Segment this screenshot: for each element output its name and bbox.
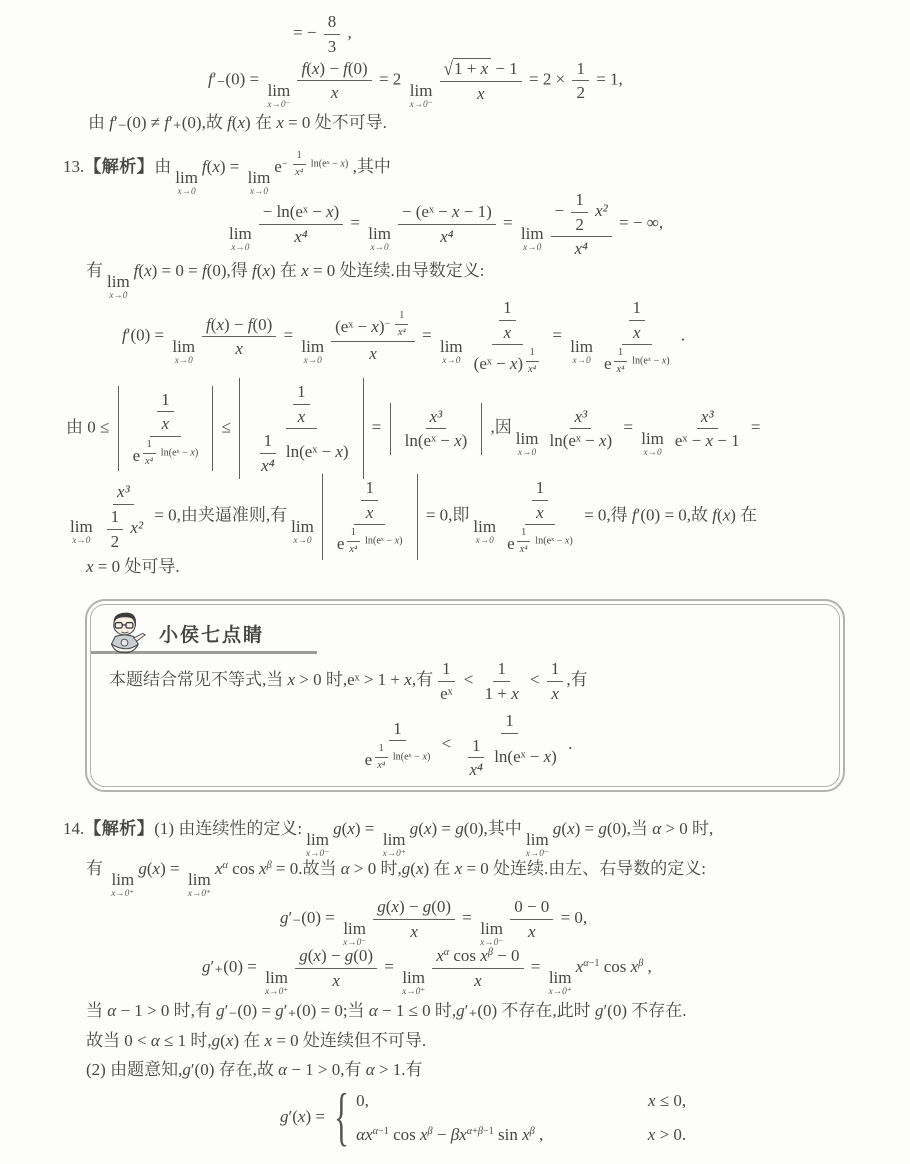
text-run: cos: [599, 957, 630, 976]
fraction: 1x: [293, 382, 310, 426]
text-run: = −: [293, 23, 321, 42]
fraction-denominator: x⁴: [345, 542, 361, 556]
text-run: ) 在: [245, 113, 276, 132]
limit: limx→0⁺: [265, 969, 288, 997]
math-variable: x⁴: [294, 227, 307, 246]
text-run: <: [526, 670, 544, 689]
bold-label: 【解析】: [84, 819, 154, 838]
text-run: ) =: [355, 819, 379, 838]
text-run: 1: [351, 527, 356, 538]
text-run: 0 − 0: [514, 897, 549, 916]
limit-word: lim: [402, 969, 425, 986]
limit-subscript: x→0⁺: [549, 988, 572, 997]
limit: limx→0⁺: [188, 871, 211, 899]
fraction-numerator: √1 + x − 1: [440, 58, 522, 82]
absolute-value-bars: 1xe1x⁴ ln(eˣ − x): [322, 474, 418, 560]
math-variable: x: [331, 83, 339, 102]
fraction-numerator: 1: [293, 150, 306, 165]
fraction-numerator: 1: [501, 711, 518, 734]
limit-word: lim: [480, 920, 503, 937]
case-expression: αxα−1 cos xβ − βxα+β−1 sin xβ ,: [356, 1124, 543, 1146]
math-variable: x: [648, 1091, 656, 1110]
text-run: 1: [161, 390, 170, 409]
text-run: ) 在: [270, 261, 301, 280]
limit-subscript: x→0: [175, 357, 193, 366]
superscript: 1x⁴: [523, 347, 541, 375]
fraction: 11 + x: [481, 659, 523, 703]
text-run: ln(eˣ −: [490, 747, 544, 766]
limit: limx→0: [570, 338, 593, 366]
fraction-numerator: xα cos xβ − 0: [432, 946, 523, 969]
limit-word: lim: [440, 338, 463, 355]
fraction: 1x⁴: [394, 310, 410, 338]
math-variable: x: [420, 1125, 428, 1144]
superscript: α+β−1: [467, 1127, 494, 1137]
math-variable: x: [369, 344, 377, 363]
limit-subscript: x→0: [523, 244, 541, 253]
fraction: 12: [572, 59, 589, 103]
text-run: ln(eˣ −: [405, 431, 454, 450]
bold-label: 【解析】: [84, 157, 154, 176]
fraction-denominator: 12 x²: [100, 505, 147, 551]
text-run: ): [606, 431, 612, 450]
limit-word: lim: [383, 831, 406, 848]
limit-word: lim: [368, 225, 391, 242]
line-item13-squeeze-setup: 由 0 ≤ 1xe1x⁴ ln(eˣ − x) ≤ 1x1x⁴ ln(eˣ − …: [66, 378, 760, 479]
text-run: − ln(eˣ −: [263, 202, 326, 221]
line-item13-derivative-definition: f′(0) = limx→0f(x) − f(0)x = limx→0(eˣ −…: [122, 298, 685, 376]
line-eq-neg-8-3: = − 83 ,: [293, 12, 352, 56]
document-page: = − 83 , f′₋(0) = limx→0⁻f(x) − f(0)x = …: [0, 0, 910, 1164]
fraction-denominator: eˣ: [436, 682, 456, 704]
fraction-denominator: x⁴: [141, 454, 157, 468]
limit: limx→0⁺: [383, 831, 406, 859]
case-condition: x > 0.: [648, 1124, 686, 1146]
limit-word: lim: [111, 871, 134, 888]
fraction-numerator: 1: [293, 382, 310, 405]
text-run: (0): [252, 315, 272, 334]
fraction-denominator: x: [524, 920, 540, 942]
line-item14-gprime-piecewise: g′(x) = {0,x ≤ 0,αxα−1 cos xβ − βxα+β−1 …: [280, 1090, 686, 1146]
text-run: > 0.: [655, 1125, 686, 1144]
math-variable: x: [326, 202, 334, 221]
tip-box-inner-border: 小侯七点睛 本题结合常见不等式,当 x > 0 时,eˣ > 1 + x,有1e…: [90, 604, 840, 787]
fraction: 1x1x⁴ ln(eˣ − x): [250, 382, 352, 475]
limit-word: lim: [172, 338, 195, 355]
text-run: −: [433, 1125, 451, 1144]
math-variable: x: [301, 261, 309, 280]
fraction: − ln(eˣ − x)x⁴: [259, 202, 344, 246]
math-variable: x⁴: [574, 239, 587, 258]
limit: limx→0: [641, 430, 664, 458]
text-run: ,有: [412, 670, 433, 689]
text-run: 1: [521, 527, 526, 538]
text-run: = 0,: [556, 908, 587, 927]
text-run: 由: [154, 157, 171, 176]
fraction-numerator: 1: [157, 390, 174, 413]
text-run: =: [548, 326, 566, 345]
limit: limx→0⁻: [343, 920, 366, 948]
text-run: ln(eˣ −: [630, 356, 662, 367]
fraction-denominator: x⁴: [436, 225, 457, 247]
text-run: > 0 时,: [661, 819, 713, 838]
text-run: ≤ 0,: [656, 1091, 687, 1110]
math-variable: g: [212, 1031, 221, 1050]
fraction-denominator: x⁴: [465, 758, 486, 780]
fraction-denominator: x⁴: [524, 362, 540, 376]
math-variable: x⁴: [261, 456, 274, 475]
fraction-denominator: x: [532, 501, 548, 523]
fraction: 0 − 0x: [510, 897, 553, 941]
fraction: 1x: [361, 478, 378, 522]
limit-subscript: x→0: [231, 244, 249, 253]
math-variable: g: [216, 1001, 225, 1020]
piecewise-cases: {0,x ≤ 0,αxα−1 cos xβ − βxα+β−1 sin xβ ,…: [329, 1090, 686, 1146]
line-item14-continuity: 有 limx→0⁺g(x) = limx→0⁺xα cos xβ = 0.故当 …: [86, 858, 706, 899]
cases-row: 0,x ≤ 0,: [356, 1090, 686, 1112]
case-condition: x ≤ 0,: [648, 1090, 686, 1112]
fraction: 1x⁴: [516, 527, 532, 555]
text-run: ): [666, 356, 669, 367]
text-run: ≤ 1 时,: [160, 1031, 212, 1050]
limit-word: lim: [306, 831, 329, 848]
fraction-numerator: 1: [493, 659, 510, 682]
fraction-numerator: (eˣ − x)− 1x⁴: [331, 310, 415, 341]
limit-word: lim: [291, 518, 314, 535]
fraction-numerator: f(x) − f(0): [297, 59, 371, 82]
fraction-denominator: x: [473, 82, 489, 104]
fraction-denominator: (eˣ − x)1x⁴: [470, 345, 546, 375]
math-variable: x⁴: [349, 544, 357, 555]
text-run: ,有: [566, 670, 587, 689]
math-variable: x³: [574, 407, 587, 426]
math-variable: x: [313, 946, 321, 965]
text-run: (0): [431, 897, 451, 916]
line-item14-part2-intro: (2) 由题意知,g′(0) 存在,故 α − 1 > 0,有 α > 1.有: [86, 1059, 423, 1081]
text-run: e: [604, 354, 612, 373]
math-variable: x⁴: [145, 456, 153, 467]
fraction-numerator: 1: [468, 736, 485, 759]
math-variable: x: [528, 922, 536, 941]
superscript: 1x⁴ ln(eˣ − x): [344, 527, 402, 555]
superscript: 1x⁴ ln(eˣ − x): [611, 347, 669, 375]
limit: limx→0: [473, 518, 496, 546]
math-variable: g: [275, 1001, 284, 1020]
text-run: ): [427, 752, 430, 763]
text-run: (2) 由题意知,: [86, 1060, 182, 1079]
math-variable: x: [551, 684, 559, 703]
limit-subscript: x→0: [643, 449, 661, 458]
fraction: x³eˣ − x − 1: [671, 407, 744, 451]
math-variable: x: [215, 859, 223, 878]
limit-subscript: x→0: [178, 188, 196, 197]
text-run: ln(eˣ −: [533, 536, 565, 547]
limit-word: lim: [70, 518, 93, 535]
fraction-numerator: 8: [324, 12, 341, 35]
line-item13-continuity: 有limx→0f(x) = 0 = f(0),得 f(x) 在 x = 0 处连…: [86, 260, 485, 301]
text-run: 3: [328, 37, 337, 56]
math-variable: x: [366, 503, 374, 522]
fraction: 1x: [629, 298, 646, 342]
superscript: 1x⁴ ln(eˣ − x): [372, 743, 430, 771]
text-run: 1: [618, 347, 623, 358]
text-run: ) =: [160, 859, 184, 878]
fraction-denominator: 2: [107, 530, 124, 552]
limit-word: lim: [248, 169, 271, 186]
text-run: ′₊(0) 不存在,此时: [465, 1001, 595, 1020]
limit: limx→0: [368, 225, 391, 253]
text-run: − (eˣ −: [402, 202, 452, 221]
math-variable: x: [347, 819, 355, 838]
line-nondifferentiable-conclusion: 由 f′₋(0) ≠ f′₊(0),故 f(x) 在 x = 0 处不可导.: [88, 112, 387, 134]
absolute-value-bars: 1x1x⁴ ln(eˣ − x): [239, 378, 363, 479]
fraction-denominator: x: [328, 969, 344, 991]
fraction-numerator: 1: [375, 743, 388, 758]
fraction-denominator: x: [547, 682, 563, 704]
line-f-minus-derivative: f′₋(0) = limx→0⁻f(x) − f(0)x = 2 limx→0⁻…: [208, 58, 623, 110]
fraction-numerator: 1: [532, 478, 549, 501]
cases-row: αxα−1 cos xβ − βxα+β−1 sin xβ ,x > 0.: [356, 1124, 686, 1146]
math-variable: αx: [356, 1125, 372, 1144]
limit: limx→0⁻: [526, 831, 549, 859]
math-variable: x⁴: [528, 364, 536, 375]
fraction-denominator: e1x⁴ ln(eˣ − x): [600, 345, 674, 375]
text-run: ′₋(0) =: [225, 1001, 276, 1020]
text-run: ′(: [289, 1107, 298, 1126]
math-variable: x: [298, 407, 306, 426]
text-run: 1: [264, 431, 273, 450]
math-variable: α: [369, 1001, 378, 1020]
math-variable: x: [162, 414, 170, 433]
text-run: 当: [86, 1001, 107, 1020]
text-run: 1 +: [454, 59, 481, 78]
text-run: =: [418, 326, 436, 345]
fraction-numerator: 1: [438, 659, 455, 682]
superscript: 1x⁴ ln(eˣ − x): [515, 527, 573, 555]
math-variable: x: [153, 859, 161, 878]
text-run: (0),当: [607, 819, 652, 838]
math-variable: x: [504, 323, 512, 342]
text-run: 有: [86, 261, 103, 280]
fraction-denominator: x⁴: [516, 542, 532, 556]
fraction-denominator: 3: [324, 35, 341, 57]
fraction-denominator: e1x⁴ ln(eˣ − x): [503, 525, 577, 555]
fraction: x³ln(eˣ − x): [545, 407, 616, 451]
fraction: 1xe1x⁴ ln(eˣ − x): [503, 478, 577, 556]
text-run: .: [564, 734, 573, 753]
text-run: ) −: [399, 897, 423, 916]
fraction: 1xe1x⁴ ln(eˣ − x): [333, 478, 407, 556]
fraction-numerator: − (eˣ − x − 1): [398, 202, 496, 225]
text-run: 1: [442, 659, 451, 678]
fraction: xα cos xβ − 0x: [432, 946, 523, 990]
fraction-denominator: x: [629, 321, 645, 343]
math-variable: x: [481, 59, 489, 78]
text-run: e: [365, 751, 373, 770]
text-run: 1: [297, 382, 306, 401]
fraction-numerator: 0 − 0: [510, 897, 553, 920]
tip-inequality-line: 本题结合常见不等式,当 x > 0 时,eˣ > 1 + x,有1eˣ < 11…: [109, 659, 588, 703]
math-variable: x: [454, 431, 462, 450]
fraction-numerator: 1: [260, 431, 277, 454]
tip-box-title: 小侯七点睛: [159, 620, 264, 647]
limit-subscript: x→0: [304, 357, 322, 366]
text-run: ) =: [575, 819, 599, 838]
text-run: − 1): [460, 202, 492, 221]
math-variable: x: [288, 670, 296, 689]
math-variable: βx: [451, 1125, 467, 1144]
math-variable: x: [276, 113, 284, 132]
text-run: =: [458, 908, 476, 927]
text-run: 1 +: [485, 684, 512, 703]
fraction-numerator: 1: [572, 59, 589, 82]
text-run: =: [747, 418, 761, 437]
math-variable: x: [522, 1125, 530, 1144]
text-run: = 0,即: [422, 506, 470, 525]
fraction-numerator: 1: [389, 719, 406, 742]
math-variable: x: [410, 922, 418, 941]
fraction-numerator: 1x: [286, 382, 317, 429]
limit: limx→0⁺: [549, 969, 572, 997]
limit: limx→0⁻: [267, 82, 290, 110]
math-variable: x: [332, 971, 340, 990]
text-run: (eˣ −: [474, 354, 510, 373]
text-run: 1: [297, 150, 302, 161]
line-item14-right-derivative: g′₊(0) = limx→0⁺g(x) − g(0)x = limx→0⁺xα…: [202, 946, 652, 997]
text-run: 1: [633, 298, 642, 317]
text-run: ,因: [486, 418, 512, 437]
fraction-denominator: 1x⁴ ln(eˣ − x): [458, 734, 560, 780]
limit-word: lim: [229, 225, 252, 242]
limit-subscript: x→0: [293, 537, 311, 546]
text-run: ) −: [319, 59, 343, 78]
fraction: 1x: [157, 390, 174, 434]
superscript: − 1x⁴: [385, 310, 411, 338]
fraction: 1x: [532, 478, 549, 522]
math-variable: x³: [430, 407, 443, 426]
math-variable: x⁴: [616, 364, 624, 375]
text-run: ): [334, 202, 340, 221]
math-variable: g: [598, 819, 607, 838]
text-run: −1: [589, 958, 600, 969]
fraction-numerator: g(x) − g(0): [373, 897, 455, 920]
text-run: ,: [535, 1125, 544, 1144]
text-run: cos: [449, 946, 480, 965]
fraction-denominator: e1x⁴ ln(eˣ − x): [361, 741, 435, 771]
fraction: 1x⁴: [291, 150, 307, 178]
text-run: −: [555, 201, 569, 220]
math-variable: g: [333, 819, 342, 838]
fraction-numerator: 1: [143, 439, 156, 454]
text-run: 14.: [63, 819, 84, 838]
fraction: √1 + x − 1x: [440, 58, 522, 103]
fraction-denominator: x: [294, 405, 310, 427]
text-run: 1: [505, 711, 514, 730]
fraction: 12: [571, 190, 588, 234]
fraction-numerator: 1: [547, 659, 564, 682]
fraction-denominator: x⁴: [570, 237, 591, 259]
fraction-numerator: 1: [361, 478, 378, 501]
limit-subscript: x→0: [72, 537, 90, 546]
fraction: 11x⁴ ln(eˣ − x): [458, 711, 560, 780]
text-run: 0,: [356, 1091, 369, 1110]
math-variable: x: [212, 157, 220, 176]
fraction-numerator: 1: [571, 190, 588, 213]
text-run: 故当 0 <: [86, 1031, 151, 1050]
fraction-denominator: x⁴: [257, 454, 278, 476]
fraction-numerator: 1: [614, 347, 627, 362]
limit-subscript: x→0⁺: [188, 890, 211, 899]
math-variable: x: [536, 503, 544, 522]
limit: limx→0: [516, 430, 539, 458]
math-variable: x²: [126, 518, 143, 537]
math-variable: x⁴: [295, 167, 303, 178]
math-variable: x: [391, 897, 399, 916]
absolute-value-bars: x³ln(eˣ − x): [390, 403, 483, 455]
limit: limx→0: [521, 225, 544, 253]
text-run: ′₊(0),故: [169, 113, 227, 132]
text-run: =: [279, 326, 297, 345]
text-run: 本题结合常见不等式,当: [109, 670, 288, 689]
fraction: f(x) − f(0)x: [202, 315, 276, 359]
fraction: 1xe1x⁴ ln(eˣ − x): [600, 298, 674, 376]
text-run: − 0: [493, 946, 520, 965]
text-run: ln(eˣ −: [282, 442, 336, 461]
math-variable: g: [410, 819, 419, 838]
text-run: ln(eˣ −: [390, 752, 422, 763]
math-variable: x: [474, 971, 482, 990]
fraction: 12: [107, 507, 124, 551]
text-run: (0),其中: [464, 819, 522, 838]
fraction: x³12 x²: [100, 482, 147, 551]
text-run: e: [507, 534, 515, 553]
math-variable: g: [456, 1001, 465, 1020]
fraction: 1x⁴: [612, 347, 628, 375]
limit: limx→0⁺: [111, 871, 134, 899]
fraction-numerator: x³: [697, 407, 718, 430]
text-run: <: [437, 734, 455, 753]
limit-subscript: x→0⁺: [111, 890, 134, 899]
math-variable: x⁴: [520, 544, 528, 555]
fraction-numerator: 1: [499, 298, 516, 321]
fraction-denominator: 2: [572, 81, 589, 103]
text-run: = 0,由夹逼准则,有: [150, 506, 287, 525]
text-run: = 0.故当: [272, 859, 341, 878]
text-run: −1: [483, 1126, 494, 1137]
fraction: x³ln(eˣ − x): [401, 407, 472, 451]
line-item13-limit-chain: limx→0− ln(eˣ − x)x⁴ = limx→0− (eˣ − x −…: [225, 190, 663, 259]
limit-subscript: x→0⁻: [267, 101, 290, 110]
limit: limx→0⁺: [402, 969, 425, 997]
text-run: e: [133, 446, 141, 465]
text-run: ′(0) 不存在.: [603, 1001, 686, 1020]
fraction-numerator: 1: [347, 527, 360, 542]
fraction-denominator: x: [470, 969, 486, 991]
text-run: −1: [378, 1126, 389, 1137]
text-run: 1: [503, 298, 512, 317]
text-run: (0): [353, 946, 373, 965]
fraction-denominator: x⁴: [291, 165, 307, 179]
text-run: > 0 时,: [350, 859, 402, 878]
radical-sign: √: [444, 58, 453, 80]
limit-subscript: x→0: [442, 357, 460, 366]
limit-subscript: x→0⁻: [410, 101, 433, 110]
math-variable: x: [144, 261, 152, 280]
limit-word: lim: [107, 273, 130, 290]
math-variable: α: [107, 1001, 116, 1020]
text-run: − 1: [491, 59, 518, 78]
fraction: 1x: [547, 659, 564, 703]
